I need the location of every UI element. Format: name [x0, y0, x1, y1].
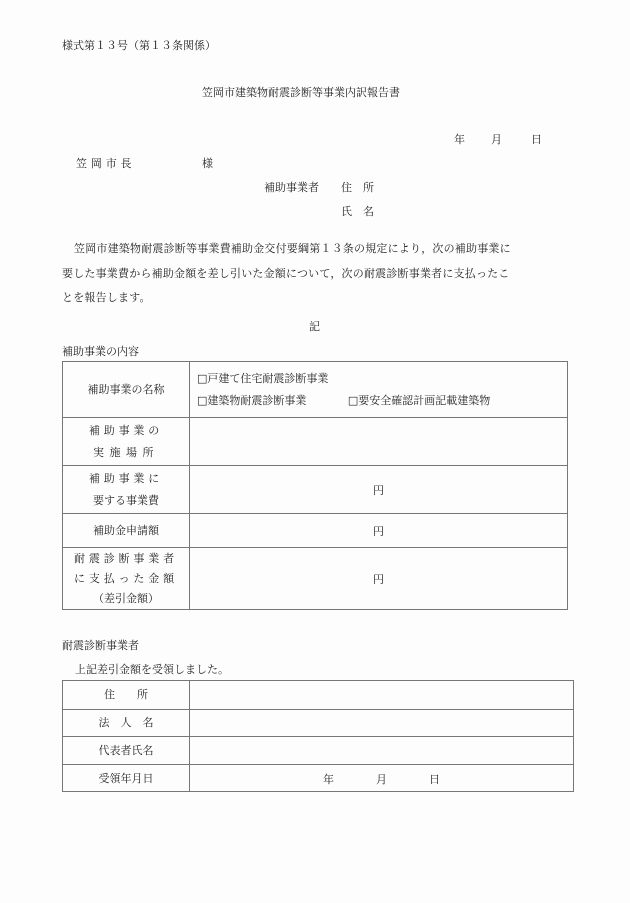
label-corp: 法 人 名: [63, 710, 190, 736]
option-detached-house[interactable]: □戸建て住宅耐震診断事業: [197, 368, 490, 390]
location-input[interactable]: [190, 418, 567, 465]
yen-unit: 円: [373, 482, 384, 498]
applicant-label: 補助事業者: [264, 179, 319, 195]
cost-input[interactable]: 円: [190, 466, 567, 513]
body-line: 要した事業費から補助金額を差し引いた金額について，次の耐震診断事業者に支払ったこ: [62, 262, 511, 287]
row-corp: 法 人 名: [63, 709, 573, 736]
section-heading-contents: 補助事業の内容: [62, 343, 139, 359]
applicant-name-label: 氏 名: [341, 203, 374, 219]
rep-input[interactable]: [190, 737, 573, 764]
addressee-honorific: 様: [202, 155, 213, 171]
row-paid: 耐震診断事業者 に支払った金額 （差引金額） 円: [63, 547, 567, 610]
option-priority-building[interactable]: □要安全確認計画記載建築物: [348, 390, 490, 412]
row-date: 受領年月日 年 月 日: [63, 764, 573, 792]
form-number: 様式第１３号（第１３条関係）: [62, 37, 216, 53]
body-line: 笠岡市建築物耐震診断等事業費補助金交付要綱第１３条の規定により，次の補助事業に: [62, 237, 511, 262]
option-building[interactable]: □建築物耐震診断事業: [197, 390, 306, 412]
label-rep: 代表者氏名: [63, 737, 190, 764]
date-month: 月: [376, 771, 387, 787]
date-year: 年: [454, 131, 465, 147]
applicant-address-label: 住 所: [341, 179, 374, 195]
row-rep: 代表者氏名: [63, 736, 573, 764]
row-location: 補助事業の 実施場所: [63, 417, 567, 465]
section-heading-contractor: 耐震診断事業者: [62, 637, 139, 653]
row-address: 住 所: [63, 681, 573, 709]
row-project-name: 補助事業の名称 □戸建て住宅耐震診断事業 □建築物耐震診断事業 □要安全確認計画…: [63, 362, 567, 417]
label-date: 受領年月日: [63, 765, 190, 792]
label-location: 補助事業の 実施場所: [63, 418, 190, 465]
date-year: 年: [323, 771, 334, 787]
date-day: 日: [429, 771, 440, 787]
date-month: 月: [491, 131, 502, 147]
row-applied: 補助金申請額 円: [63, 513, 567, 547]
receipt-text: 上記差引金額を受領しました。: [75, 661, 229, 677]
label-paid: 耐震診断事業者 に支払った金額 （差引金額）: [63, 548, 190, 610]
receipt-date-input[interactable]: 年 月 日: [190, 765, 573, 792]
project-type-options: □戸建て住宅耐震診断事業 □建築物耐震診断事業 □要安全確認計画記載建築物: [197, 368, 490, 412]
document-title: 笠岡市建築物耐震診断等事業内訳報告書: [202, 84, 400, 100]
body-text: 笠岡市建築物耐震診断等事業費補助金交付要綱第１３条の規定により，次の補助事業に …: [62, 237, 511, 311]
label-applied: 補助金申請額: [63, 514, 190, 547]
yen-unit: 円: [373, 571, 384, 587]
address-input[interactable]: [190, 681, 573, 709]
project-table: 補助事業の名称 □戸建て住宅耐震診断事業 □建築物耐震診断事業 □要安全確認計画…: [62, 361, 568, 610]
label-address: 住 所: [63, 681, 190, 709]
corp-input[interactable]: [190, 710, 573, 736]
paid-input[interactable]: 円: [190, 548, 567, 610]
row-cost: 補助事業に 要する事業費 円: [63, 465, 567, 513]
ki-heading: 記: [309, 318, 320, 334]
yen-unit: 円: [373, 523, 384, 539]
applied-input[interactable]: 円: [190, 514, 567, 547]
addressee-name: 笠岡市長: [76, 155, 135, 171]
label-cost: 補助事業に 要する事業費: [63, 466, 190, 513]
date-day: 日: [531, 131, 542, 147]
body-line: とを報告します。: [62, 286, 511, 311]
label-project-name: 補助事業の名称: [63, 362, 190, 417]
contractor-table: 住 所 法 人 名 代表者氏名 受領年月日 年 月 日: [62, 680, 574, 792]
